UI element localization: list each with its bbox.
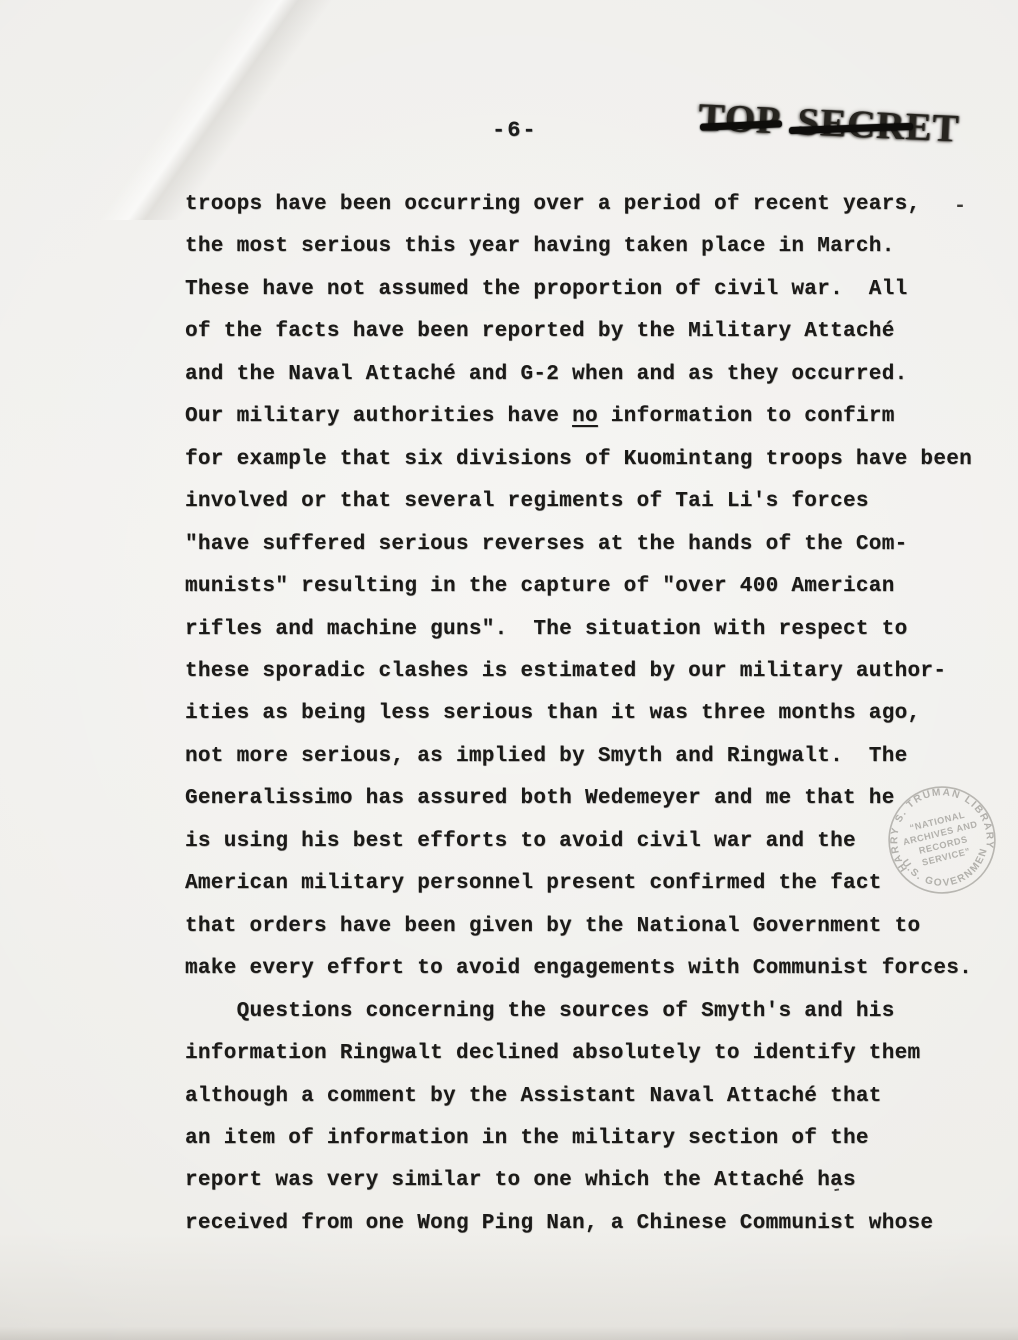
document-page: -6- TOP SECRET troops have been occurrin… [0, 0, 1018, 1340]
text-line: "have suffered serious reverses at the h… [185, 524, 995, 566]
line-segment: the most serious this year having taken … [185, 235, 895, 258]
text-line: troops have been occurring over a period… [185, 184, 995, 226]
text-line: and the Naval Attaché and G-2 when and a… [185, 354, 995, 396]
text-line: these sporadic clashes is estimated by o… [185, 651, 995, 693]
line-segment: of the facts have been reported by the M… [185, 320, 895, 343]
text-line: Questions concerning the sources of Smyt… [185, 991, 995, 1033]
underlined-word: no [572, 405, 598, 428]
text-line: report was very similar to one which the… [185, 1160, 995, 1202]
line-segment: information Ringwalt declined absolutely… [185, 1042, 920, 1065]
text-line: Our military authorities have no informa… [185, 396, 995, 438]
text-line: is using his best efforts to avoid civil… [185, 821, 995, 863]
line-segment: rifles and machine guns". The situation … [185, 618, 908, 641]
text-line: received from one Wong Ping Nan, a Chine… [185, 1203, 995, 1245]
text-line: the most serious this year having taken … [185, 226, 995, 268]
line-segment: make every effort to avoid engagements w… [185, 957, 972, 980]
line-segment: report was very similar to one which the… [185, 1169, 856, 1192]
line-segment: munists" resulting in the capture of "ov… [185, 575, 895, 598]
text-line: rifles and machine guns". The situation … [185, 609, 995, 651]
line-segment: These have not assumed the proportion of… [185, 278, 908, 301]
line-segment: American military personnel present conf… [185, 872, 882, 895]
text-line: ities as being less serious than it was … [185, 693, 995, 735]
line-segment: "have suffered serious reverses at the h… [185, 533, 908, 556]
text-line: not more serious, as implied by Smyth an… [185, 736, 995, 778]
line-segment: involved or that several regiments of Ta… [185, 490, 869, 513]
text-line: munists" resulting in the capture of "ov… [185, 566, 995, 608]
line-segment: is using his best efforts to avoid civil… [185, 830, 856, 853]
text-line: an item of information in the military s… [185, 1118, 995, 1160]
text-line: make every effort to avoid engagements w… [185, 948, 995, 990]
line-segment: received from one Wong Ping Nan, a Chine… [185, 1212, 933, 1235]
line-segment: Generalissimo has assured both Wedemeyer… [185, 787, 895, 810]
line-segment: Questions concerning the sources of Smyt… [185, 1000, 895, 1023]
line-segment: that orders have been given by the Natio… [185, 915, 920, 938]
line-segment: information to confirm [598, 405, 895, 428]
line-segment: although a comment by the Assistant Nava… [185, 1085, 882, 1108]
line-segment: Our military authorities have [185, 405, 572, 428]
text-line: information Ringwalt declined absolutely… [185, 1033, 995, 1075]
line-segment: troops have been occurring over a period… [185, 193, 920, 216]
line-segment: not more serious, as implied by Smyth an… [185, 745, 908, 768]
margin-dash-mark: - [954, 186, 966, 228]
text-line: for example that six divisions of Kuomin… [185, 439, 995, 481]
line-segment: ities as being less serious than it was … [185, 702, 920, 725]
text-line: although a comment by the Assistant Nava… [185, 1076, 995, 1118]
line-segment: these sporadic clashes is estimated by o… [185, 660, 946, 683]
line-segment: an item of information in the military s… [185, 1127, 869, 1150]
line-segment: and the Naval Attaché and G-2 when and a… [185, 363, 908, 386]
text-line: of the facts have been reported by the M… [185, 311, 995, 353]
line-segment: for example that six divisions of Kuomin… [185, 448, 972, 471]
text-line: that orders have been given by the Natio… [185, 906, 995, 948]
text-line: involved or that several regiments of Ta… [185, 481, 995, 523]
text-line: These have not assumed the proportion of… [185, 269, 995, 311]
body-text: troops have been occurring over a period… [185, 184, 995, 1245]
page-number: -6- [492, 118, 538, 143]
text-line: American military personnel present conf… [185, 863, 995, 905]
